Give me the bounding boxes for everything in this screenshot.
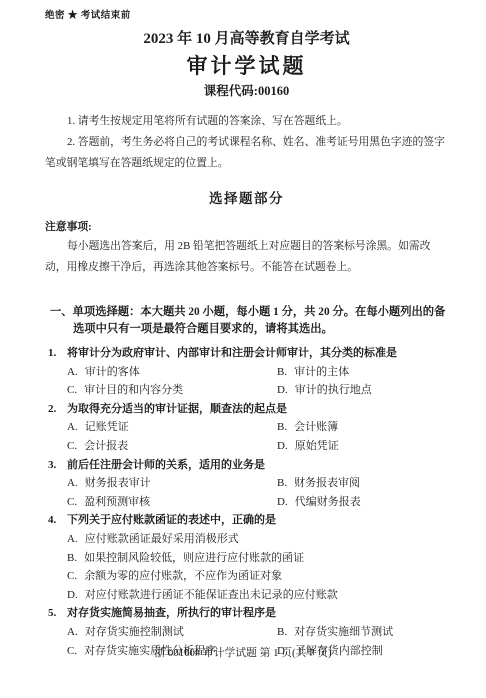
notice-block: 注意事项: 每小题选出答案后，用 2B 铅笔把答题纸上对应题目的答案标号涂黑。如…: [45, 218, 448, 278]
option-text: 审计的执行地点: [295, 384, 372, 396]
option-label: C.: [67, 496, 77, 508]
option-label: B.: [67, 552, 77, 564]
option-text: 余额为零的应付账款，不应作为函证对象: [84, 570, 282, 582]
option-text: 对应付账款进行函证不能保证查出未记录的应付账款: [85, 589, 338, 601]
option-text: 会计报表: [84, 440, 128, 452]
option-label: D.: [277, 440, 288, 452]
option-label: D.: [277, 496, 288, 508]
question: 1. 将审计分为政府审计、内部审计和注册会计师审计，其分类的标准是 A.审计的客…: [45, 344, 448, 400]
option-text: 如果控制风险较低，则应进行应付账款的函证: [84, 552, 304, 564]
option-text: 代编财务报表: [295, 496, 361, 508]
question-stem: 为取得充分适当的审计证据，顺查法的起点是: [67, 400, 448, 419]
option-label: D.: [277, 384, 288, 396]
option-text: 应付账款函证最好采用消极形式: [85, 533, 239, 545]
question-body: 下列关于应付账款函证的表述中，正确的是 A.应付账款函证最好采用消极形式B.如果…: [67, 511, 448, 604]
option-text: 财务报表审阅: [294, 477, 360, 489]
security-label: 绝密 ★ 考试结束前: [45, 10, 448, 22]
page-title: 审计学试题: [45, 54, 448, 79]
option-grid: A.财务报表审计B.财务报表审阅C.盈利预测审核D.代编财务报表: [67, 474, 448, 511]
option-text: 审计的主体: [294, 366, 349, 378]
option-label: A.: [67, 533, 78, 545]
option-label: B.: [277, 477, 287, 489]
option: D.代编财务报表: [277, 493, 448, 512]
option: B.如果控制风险较低，则应进行应付账款的函证: [67, 549, 448, 568]
section-title: 选择题部分: [45, 190, 448, 207]
option: C.审计目的和内容分类: [67, 381, 277, 400]
option: B.会计账簿: [277, 418, 448, 437]
option-label: A.: [67, 366, 78, 378]
option-label: B.: [277, 626, 287, 638]
question-list: 1. 将审计分为政府审计、内部审计和注册会计师审计，其分类的标准是 A.审计的客…: [45, 344, 448, 660]
option-label: C.: [67, 440, 77, 452]
option: B.财务报表审阅: [277, 474, 448, 493]
option: A.对存货实施控制测试: [67, 623, 277, 642]
question-number: 4.: [45, 511, 67, 530]
option: D.审计的执行地点: [277, 381, 448, 400]
question-stem: 对存货实施简易抽查，所执行的审计程序是: [67, 604, 448, 623]
option: A.财务报表审计: [67, 474, 277, 493]
option-text: 审计目的和内容分类: [84, 384, 183, 396]
notice-text: 每小题选出答案后，用 2B 铅笔把答题纸上对应题目的答案标号涂黑。如需改动，用橡…: [45, 236, 448, 278]
option: C.会计报表: [67, 437, 277, 456]
exam-page: 绝密 ★ 考试结束前 2023 年 10 月高等教育自学考试 审计学试题 课程代…: [0, 0, 486, 698]
part-one-heading: 一、单项选择题：本大题共 20 小题，每小题 1 分，共 20 分。在每小题列出…: [45, 304, 448, 337]
option-label: A.: [67, 421, 78, 433]
option-text: 审计的客体: [85, 366, 140, 378]
question-stem: 将审计分为政府审计、内部审计和注册会计师审计，其分类的标准是: [67, 344, 448, 363]
question: 4. 下列关于应付账款函证的表述中，正确的是 A.应付账款函证最好采用消极形式B…: [45, 511, 448, 604]
question: 2. 为取得充分适当的审计证据，顺查法的起点是 A.记账凭证B.会计账簿C.会计…: [45, 400, 448, 456]
question-stem: 下列关于应付账款函证的表述中，正确的是: [67, 511, 448, 530]
instruction-item-1: 1. 请考生按规定用笔将所有试题的答案涂、写在答题纸上。: [45, 111, 448, 132]
option-text: 对存货实施细节测试: [294, 626, 393, 638]
option: A.审计的客体: [67, 363, 277, 382]
option-text: 记账凭证: [85, 421, 129, 433]
option-text: 财务报表审计: [85, 477, 151, 489]
option: B.审计的主体: [277, 363, 448, 382]
question-number: 5.: [45, 604, 67, 623]
option-text: 盈利预测审核: [84, 496, 150, 508]
question-body: 为取得充分适当的审计证据，顺查法的起点是 A.记账凭证B.会计账簿C.会计报表D…: [67, 400, 448, 456]
question-number: 2.: [45, 400, 67, 419]
course-code: 课程代码:00160: [45, 83, 448, 99]
option-grid: A.记账凭证B.会计账簿C.会计报表D.原始凭证: [67, 418, 448, 455]
page-footer: 浙 00160# 审计学试题 第 1 页(共 7 页): [0, 646, 486, 660]
option-label: D.: [67, 589, 78, 601]
exam-session-title: 2023 年 10 月高等教育自学考试: [45, 30, 448, 49]
option: A.记账凭证: [67, 418, 277, 437]
question-number: 3.: [45, 456, 67, 475]
option: C.余额为零的应付账款，不应作为函证对象: [67, 567, 448, 586]
option: D.原始凭证: [277, 437, 448, 456]
question-body: 前后任注册会计师的关系，适用的业务是 A.财务报表审计B.财务报表审阅C.盈利预…: [67, 456, 448, 512]
notice-label: 注意事项:: [45, 218, 448, 236]
option: A.应付账款函证最好采用消极形式: [67, 530, 448, 549]
question: 3. 前后任注册会计师的关系，适用的业务是 A.财务报表审计B.财务报表审阅C.…: [45, 456, 448, 512]
option-text: 原始凭证: [295, 440, 339, 452]
option-label: A.: [67, 477, 78, 489]
question-stem: 前后任注册会计师的关系，适用的业务是: [67, 456, 448, 475]
option-text: 对存货实施控制测试: [85, 626, 184, 638]
question-body: 将审计分为政府审计、内部审计和注册会计师审计，其分类的标准是 A.审计的客体B.…: [67, 344, 448, 400]
option-grid: A.审计的客体B.审计的主体C.审计目的和内容分类D.审计的执行地点: [67, 363, 448, 400]
option-text: 会计账簿: [294, 421, 338, 433]
option-label: C.: [67, 384, 77, 396]
option-grid: A.应付账款函证最好采用消极形式B.如果控制风险较低，则应进行应付账款的函证C.…: [67, 530, 448, 604]
option: C.盈利预测审核: [67, 493, 277, 512]
exam-instructions: 1. 请考生按规定用笔将所有试题的答案涂、写在答题纸上。 2. 答题前，考生务必…: [45, 111, 448, 174]
option-label: B.: [277, 421, 287, 433]
instruction-item-2: 2. 答题前，考生务必将自己的考试课程名称、姓名、准考证号用黑色字迹的签字笔或钢…: [45, 132, 448, 174]
option: B.对存货实施细节测试: [277, 623, 448, 642]
question-number: 1.: [45, 344, 67, 363]
option-label: C.: [67, 570, 77, 582]
option-label: B.: [277, 366, 287, 378]
option-label: A.: [67, 626, 78, 638]
option: D.对应付账款进行函证不能保证查出未记录的应付账款: [67, 586, 448, 605]
